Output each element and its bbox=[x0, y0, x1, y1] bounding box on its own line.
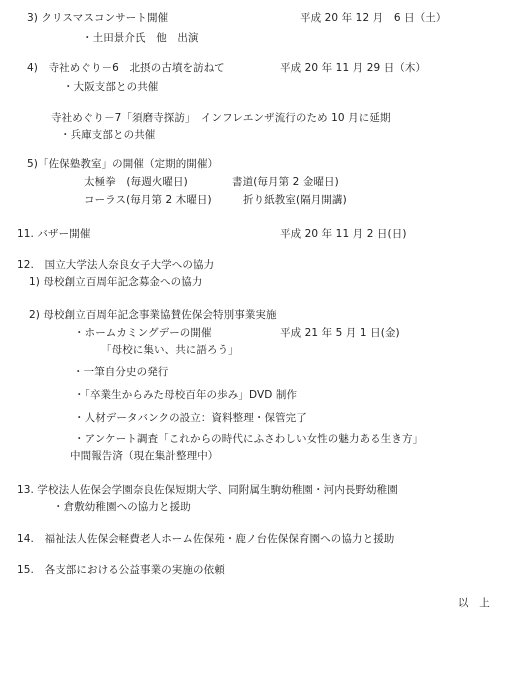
section-12-survey-status: 中間報告済（現在集計整理中） bbox=[70, 449, 218, 463]
section-12-item-1: 1) 母校創立百周年記念募金への協力 bbox=[29, 275, 202, 289]
section-12-title: 12. 国立大学法人奈良女子大学への協力 bbox=[17, 258, 214, 272]
section-12-homecoming-slogan: 「母校に集い、共に語ろう」 bbox=[101, 343, 239, 357]
item-saho-classes-title: 5)「佐保塾教室」の開催（定期的開催） bbox=[27, 157, 218, 171]
closing-mark: 以 上 bbox=[458, 596, 490, 610]
section-13-sub: ・倉敷幼稚園への協力と援助 bbox=[53, 500, 191, 514]
section-12-homecoming: ・ホームカミングデーの開催 bbox=[74, 326, 212, 340]
item-temple-tour-6-cohost: ・大阪支部との共催 bbox=[63, 80, 158, 94]
section-12-item-2: 2) 母校創立百周年記念事業協賛佐保会特別事業実施 bbox=[29, 308, 277, 322]
section-15-title: 15. 各支部における公益事業の実施の依頼 bbox=[17, 563, 225, 577]
section-12-dvd: ・「卒業生からみた母校百年の歩み」DVD 制作 bbox=[74, 388, 297, 402]
section-13-title: 13. 学校法人佐保会学園奈良佐保短期大学、同附属生駒幼稚園・河内長野幼稚園 bbox=[17, 483, 398, 497]
item-class-calligraphy: 書道(毎月第 2 金曜日) bbox=[232, 175, 339, 189]
item-temple-tour-6-date: 平成 20 年 11 月 29 日（木） bbox=[280, 61, 426, 75]
section-14-title: 14. 福祉法人佐保会軽費老人ホーム佐保苑・鹿ノ台佐保保育園への協力と援助 bbox=[17, 532, 394, 546]
item-class-chorus: コーラス(毎月第 2 木曜日) bbox=[84, 193, 212, 207]
section-12-homecoming-date: 平成 21 年 5 月 1 日(金) bbox=[280, 326, 400, 340]
item-christmas-concert-title: 3) クリスマスコンサート開催 bbox=[27, 11, 168, 25]
section-11-bazaar-title: 11. バザー開催 bbox=[17, 227, 90, 241]
section-12-memoir: ・一筆自分史の発行 bbox=[73, 365, 168, 379]
section-12-databank: ・人材データバンクの設立：資料整理・保管完了 bbox=[74, 411, 307, 425]
item-class-taichi: 太極拳 (毎週火曜日) bbox=[84, 175, 188, 189]
section-11-bazaar-date: 平成 20 年 11 月 2 日(日) bbox=[280, 227, 407, 241]
item-temple-tour-7-title: 寺社めぐり－7「須磨寺探訪」 インフレエンザ流行のため 10 月に延期 bbox=[51, 111, 391, 125]
item-class-origami: 折り紙教室(隔月開講) bbox=[243, 193, 347, 207]
item-christmas-concert-performers: ・土田景介氏 他 出演 bbox=[82, 31, 199, 45]
item-christmas-concert-date: 平成 20 年 12 月 6 日（土） bbox=[300, 11, 447, 25]
section-12-survey: ・アンケート調査「これからの時代にふさわしい女性の魅力ある生き方」 bbox=[74, 432, 423, 446]
item-temple-tour-6-title: 4) 寺社めぐり－6 北摂の古墳を訪ねて bbox=[27, 61, 225, 75]
item-temple-tour-7-cohost: ・兵庫支部との共催 bbox=[60, 128, 155, 142]
